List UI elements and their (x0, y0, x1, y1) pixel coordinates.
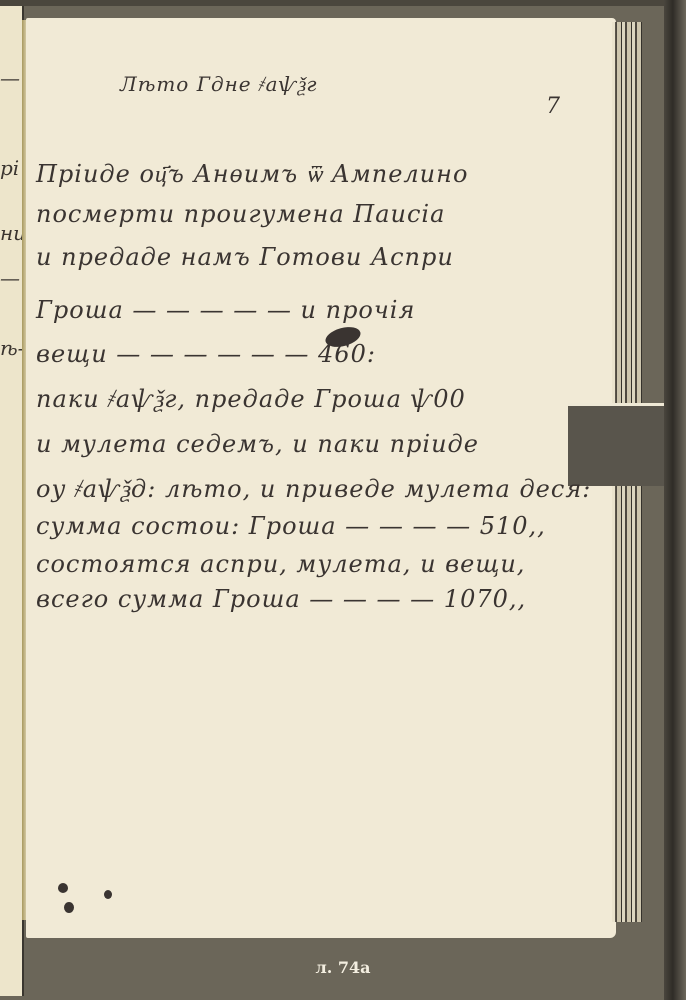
manuscript-line-6: паки ҂аѱѯг, предаде Гроша ѱ00 (36, 385, 466, 414)
manuscript-title-line: Лѣто Гдне ҂аѱѯг (120, 72, 317, 97)
right-binding-frame (664, 0, 686, 1000)
manuscript-line-4: Гроша — — — — — и прочiя (36, 296, 415, 324)
folio-caption: л. 74а (0, 958, 686, 977)
folio-marker: 7 (546, 94, 560, 119)
facing-page-edge: — рi ни — ѣ- (0, 6, 24, 996)
manuscript-line-5: вещи — — — — — — 460: (36, 340, 376, 368)
facing-page-fragment: рi (0, 156, 19, 180)
manuscript-line-11: всего сумма Гроша — — — — 1070,, (36, 585, 526, 613)
manuscript-line-9: сумма состои: Гроша — — — — 510,, (36, 512, 546, 540)
manuscript-line-8: оу ҂аѱѯд: лѣто, и приведе мулета деся: (36, 475, 591, 504)
facing-page-fragment: — (0, 66, 20, 90)
ink-spot (104, 890, 112, 899)
ink-spot (64, 902, 74, 913)
manuscript-line-2: посмерти проигумена Паисiа (36, 200, 445, 228)
manuscript-line-3: и предаде намъ Готови Аспри (36, 243, 454, 271)
ink-spot (58, 883, 68, 893)
manuscript-line-7: и мулета седемъ, и паки прiиде (36, 430, 479, 458)
facing-page-fragment: — (0, 266, 20, 290)
manuscript-line-10: состоятся аспри, мулета, и вещи, (36, 550, 525, 578)
facing-page-fragment: ѣ- (0, 336, 24, 360)
top-shadow-strip (0, 0, 686, 6)
page-tab-shadow (568, 403, 666, 486)
manuscript-line-1: Прiиде оц҃ъ Анѳимъ ѿ Ампелино (36, 160, 468, 189)
